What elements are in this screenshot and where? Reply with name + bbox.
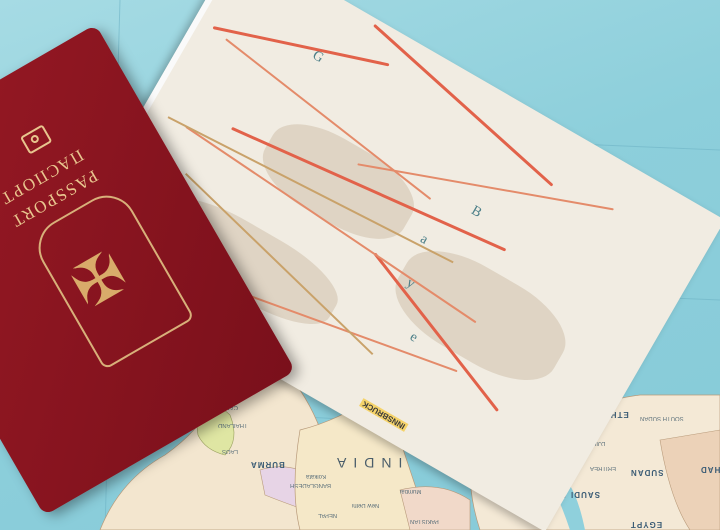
country-label-india: INDIA — [330, 455, 402, 471]
atlas-city-innsbruck: INNSBRUCK — [359, 398, 409, 432]
country-label-pakistan: PAKISTAN — [410, 518, 439, 524]
country-label-bangladesh: BANGLADESH — [290, 482, 331, 488]
atlas-grid-letter-a: a — [417, 232, 430, 249]
country-label-burma: BURMA — [250, 460, 285, 469]
country-label-nepal: NEPAL — [318, 512, 337, 518]
city-label-new-delhi: New Delhi — [352, 502, 379, 508]
country-label-chad: CHAD — [700, 465, 720, 474]
country-label-egypt: EGYPT — [630, 520, 662, 529]
country-label-sudan: SUDAN — [630, 468, 663, 477]
city-label-mumbai: Mumbai — [400, 488, 421, 494]
atlas-grid-letter-g: G — [309, 48, 326, 67]
country-label-thailand: THAILAND — [218, 422, 248, 428]
country-label-laos: LAOS — [222, 448, 238, 454]
atlas-grid-letter-b: B — [468, 203, 484, 222]
country-label-eritrea: ERITREA — [590, 465, 616, 471]
atlas-grid-letter-e: e — [407, 330, 420, 347]
biometric-chip-icon — [20, 124, 53, 154]
city-label-kolkata: Kolkata — [306, 473, 326, 479]
photo-scene: INDIAN OCEAN INDIA INDONESIA MALAYSIA PH… — [0, 0, 720, 530]
country-label-south-sudan: SOUTH SUDAN — [640, 415, 684, 421]
